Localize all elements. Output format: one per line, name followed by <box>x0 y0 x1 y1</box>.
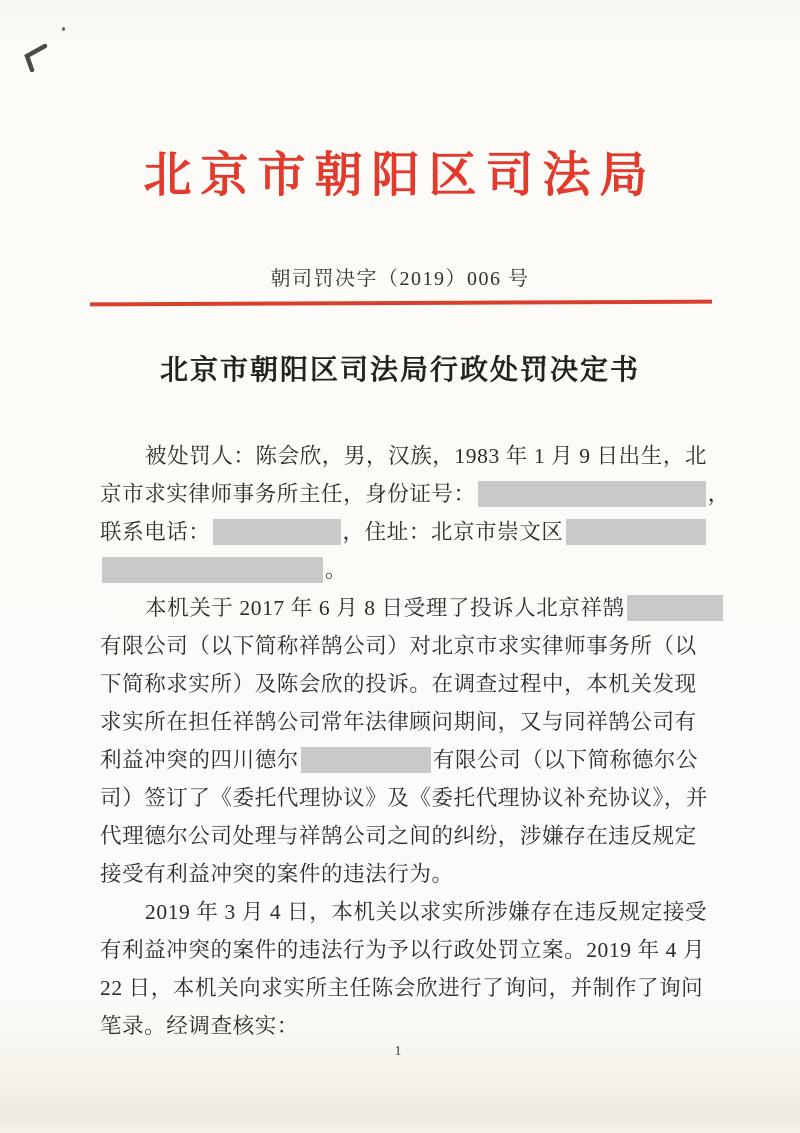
body-text: 利益冲突的四川德尔 <box>100 748 299 772</box>
body-text: 下简称求实所）及陈会欣的投诉。在调查过程中，本机关发现 <box>100 672 697 696</box>
red-divider-rule <box>90 300 712 307</box>
body-line: 22 日，本机关向求实所主任陈会欣进行了询问，并制作了询问 <box>100 969 704 1007</box>
body-line: 2019 年 3 月 4 日，本机关以求实所涉嫌存在违反规定接受 <box>100 893 704 931</box>
body-line: 接受有利益冲突的案件的违法行为。 <box>100 855 704 893</box>
body-text: 笔录。经调查核实： <box>100 1014 299 1038</box>
redaction-block <box>566 519 706 545</box>
body-line: 京市求实律师事务所主任，身份证号：， <box>100 475 704 513</box>
body-text: ，住址：北京市崇文区 <box>343 520 564 544</box>
body-text: ， <box>708 482 730 506</box>
ink-dot <box>62 27 65 31</box>
body-text: 2019 年 3 月 4 日，本机关以求实所涉嫌存在违反规定接受 <box>145 900 707 924</box>
body-text: 求实所在担任祥鹄公司常年法律顾问期间，又与同祥鹄公司有 <box>100 710 697 734</box>
body-text: 本机关于 2017 年 6 月 8 日受理了投诉人北京祥鹄 <box>145 596 625 620</box>
redaction-block <box>213 519 341 545</box>
redaction-block <box>478 481 706 507</box>
body-text: 22 日，本机关向求实所主任陈会欣进行了询问，并制作了询问 <box>100 976 703 1000</box>
body-text: 有利益冲突的案件的违法行为予以行政处罚立案。2019 年 4 月 <box>100 938 705 962</box>
body-text: 被处罚人：陈会欣，男，汉族，1983 年 1 月 9 日出生，北 <box>145 444 707 468</box>
body-line: 联系电话：，住址：北京市崇文区 <box>100 513 704 551</box>
body-text: 代理德尔公司处理与祥鹄公司之间的纠纷，涉嫌存在违反规定 <box>100 824 697 848</box>
redaction-block <box>627 595 723 621</box>
body-text: 有限公司（以下简称德尔公 <box>433 748 698 772</box>
redaction-block <box>102 557 323 583</box>
body-text: 有限公司（以下简称祥鹄公司）对北京市求实律师事务所（以 <box>100 634 697 658</box>
document-number: 朝司罚决字（2019）006 号 <box>0 262 800 291</box>
issuing-authority-title: 北京市朝阳区司法局 <box>0 136 800 205</box>
body-line: 。 <box>100 551 704 589</box>
body-line: 本机关于 2017 年 6 月 8 日受理了投诉人北京祥鹄 <box>100 589 704 627</box>
document-body: 被处罚人：陈会欣，男，汉族，1983 年 1 月 9 日出生，北京市求实律师事务… <box>100 437 704 1045</box>
body-text: 接受有利益冲突的案件的违法行为。 <box>100 862 454 886</box>
body-line: 司）签订了《委托代理协议》及《委托代理协议补充协议》，并 <box>100 779 704 817</box>
body-line: 利益冲突的四川德尔有限公司（以下简称德尔公 <box>100 741 704 779</box>
body-line: 笔录。经调查核实： <box>100 1007 704 1045</box>
body-text: 。 <box>325 558 347 582</box>
scanned-document-page: 北京市朝阳区司法局 朝司罚决字（2019）006 号 北京市朝阳区司法局行政处罚… <box>0 0 800 1133</box>
body-line: 有利益冲突的案件的违法行为予以行政处罚立案。2019 年 4 月 <box>100 931 704 969</box>
redaction-block <box>301 747 431 773</box>
pen-mark-icon <box>24 42 60 78</box>
page-number: 1 <box>0 1044 796 1060</box>
body-line: 有限公司（以下简称祥鹄公司）对北京市求实律师事务所（以 <box>100 627 704 665</box>
body-text: 京市求实律师事务所主任，身份证号： <box>100 482 476 506</box>
body-text: 联系电话： <box>100 520 211 544</box>
body-line: 下简称求实所）及陈会欣的投诉。在调查过程中，本机关发现 <box>100 665 704 703</box>
body-text: 司）签订了《委托代理协议》及《委托代理协议补充协议》，并 <box>100 786 708 810</box>
body-line: 代理德尔公司处理与祥鹄公司之间的纠纷，涉嫌存在违反规定 <box>100 817 704 855</box>
document-title: 北京市朝阳区司法局行政处罚决定书 <box>0 348 800 388</box>
body-line: 求实所在担任祥鹄公司常年法律顾问期间，又与同祥鹄公司有 <box>100 703 704 741</box>
body-line: 被处罚人：陈会欣，男，汉族，1983 年 1 月 9 日出生，北 <box>100 437 704 475</box>
